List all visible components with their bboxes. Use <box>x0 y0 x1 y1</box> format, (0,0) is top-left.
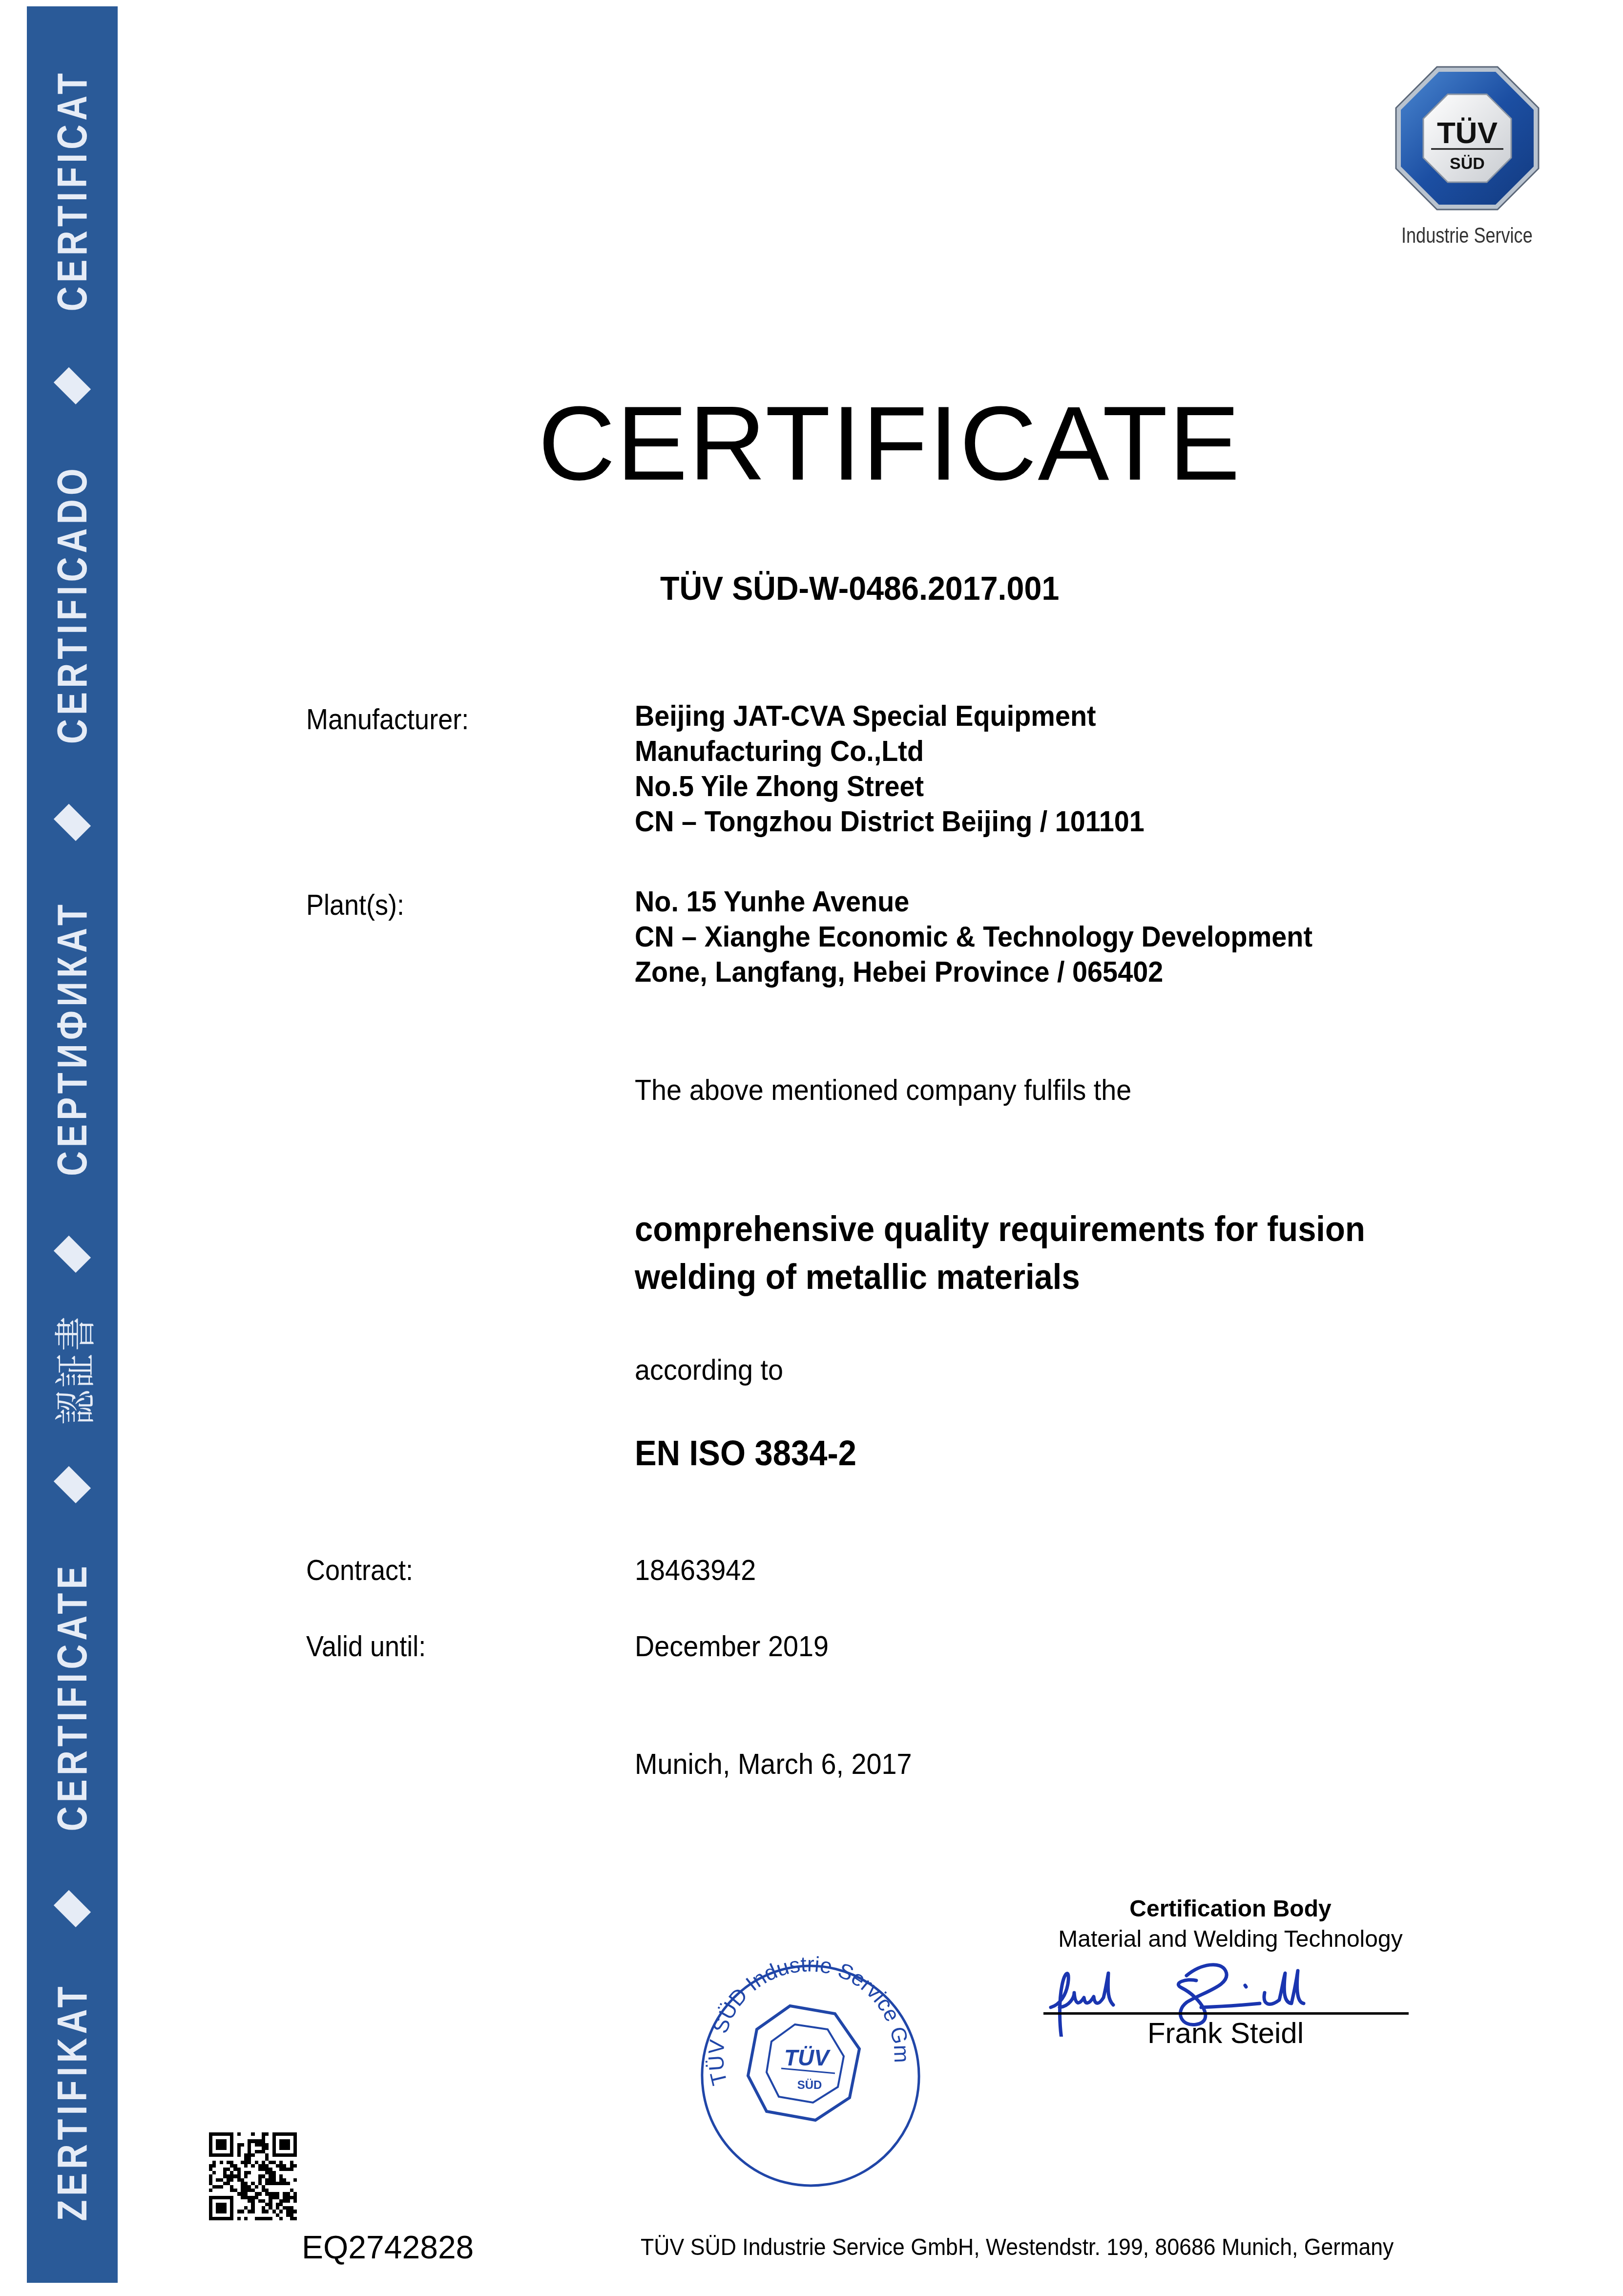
footer-address: TÜV SÜD Industrie Service GmbH, Westends… <box>641 2236 1394 2259</box>
manufacturer-line: CN – Tongzhou District Beijing / 101101 <box>635 804 1144 839</box>
certification-body: Certification Body Material and Welding … <box>1040 1894 1421 1955</box>
plant-line: CN – Xianghe Economic & Technology Devel… <box>635 919 1312 954</box>
certification-body-title: Certification Body <box>1040 1894 1421 1924</box>
contract-value: 18463942 <box>635 1553 756 1587</box>
diamond-icon <box>54 1890 91 1927</box>
diamond-icon <box>54 1235 91 1272</box>
manufacturer-value: Beijing JAT-CVA Special Equipment Manufa… <box>635 698 1144 839</box>
qr-code <box>209 2132 297 2220</box>
manufacturer-line: Manufacturing Co.,Ltd <box>635 734 1144 769</box>
plant-line: Zone, Langfang, Hebei Province / 065402 <box>635 954 1312 990</box>
svg-text:SÜD: SÜD <box>797 2079 822 2092</box>
company-stamp: TÜV SÜD Industrie Service GmbH TÜV SÜD <box>693 1956 928 2191</box>
qr-reference-code: EQ2742828 <box>302 2231 474 2263</box>
sidebar-multilingual-text: ZERTIFIKAT CERTIFICATE 認証書 СЕРТИФИКАТ CE… <box>42 42 103 2247</box>
requirement-line: welding of metallic materials <box>635 1253 1365 1301</box>
diamond-icon <box>54 1466 91 1503</box>
signer-name: Frank Steidl <box>1040 2016 1411 2050</box>
manufacturer-line: No.5 Yile Zhong Street <box>635 769 1144 804</box>
standard-name: EN ISO 3834-2 <box>635 1433 856 1474</box>
sidebar-word: ZERTIFIKAT <box>48 1982 97 2221</box>
statement-intro: The above mentioned company fulfils the <box>635 1073 1131 1107</box>
valid-until-label: Valid until: <box>306 1629 426 1663</box>
svg-text:TÜV: TÜV <box>784 2045 831 2070</box>
page-title: CERTIFICATE <box>156 391 1623 496</box>
sidebar-word: CERTIFICATE <box>48 1562 97 1831</box>
sidebar-word: 認証書 <box>42 1314 103 1424</box>
place-and-date: Munich, March 6, 2017 <box>635 1747 912 1781</box>
contract-label: Contract: <box>306 1553 413 1587</box>
plants-label: Plant(s): <box>306 888 404 922</box>
sidebar-word: СЕРТИФИКАТ <box>48 900 97 1176</box>
plants-value: No. 15 Yunhe Avenue CN – Xianghe Economi… <box>635 884 1312 990</box>
certification-body-department: Material and Welding Technology <box>1040 1924 1421 1955</box>
logo-caption: Industrie Service <box>1401 224 1521 248</box>
sidebar-band: ZERTIFIKAT CERTIFICATE 認証書 СЕРТИФИКАТ CE… <box>27 6 118 2283</box>
diamond-icon <box>54 367 91 404</box>
manufacturer-line: Beijing JAT-CVA Special Equipment <box>635 698 1144 734</box>
plant-line: No. 15 Yunhe Avenue <box>635 884 1312 919</box>
diamond-icon <box>54 803 91 841</box>
requirement-line: comprehensive quality requirements for f… <box>635 1205 1365 1253</box>
requirement-text: comprehensive quality requirements for f… <box>635 1205 1365 1301</box>
valid-until-value: December 2019 <box>635 1629 829 1663</box>
according-to-text: according to <box>635 1353 783 1387</box>
certificate-number: TÜV SÜD-W-0486.2017.001 <box>660 569 1059 608</box>
sidebar-word: CERTIFICADO <box>48 464 97 743</box>
svg-text:SÜD: SÜD <box>1450 154 1485 173</box>
sidebar-word: CERTIFICAT <box>48 69 97 311</box>
signature-line <box>1043 2012 1409 2015</box>
svg-text:TÜV: TÜV <box>1437 116 1498 150</box>
manufacturer-label: Manufacturer: <box>306 702 469 736</box>
tuv-sud-logo: TÜV SÜD <box>1394 65 1540 211</box>
